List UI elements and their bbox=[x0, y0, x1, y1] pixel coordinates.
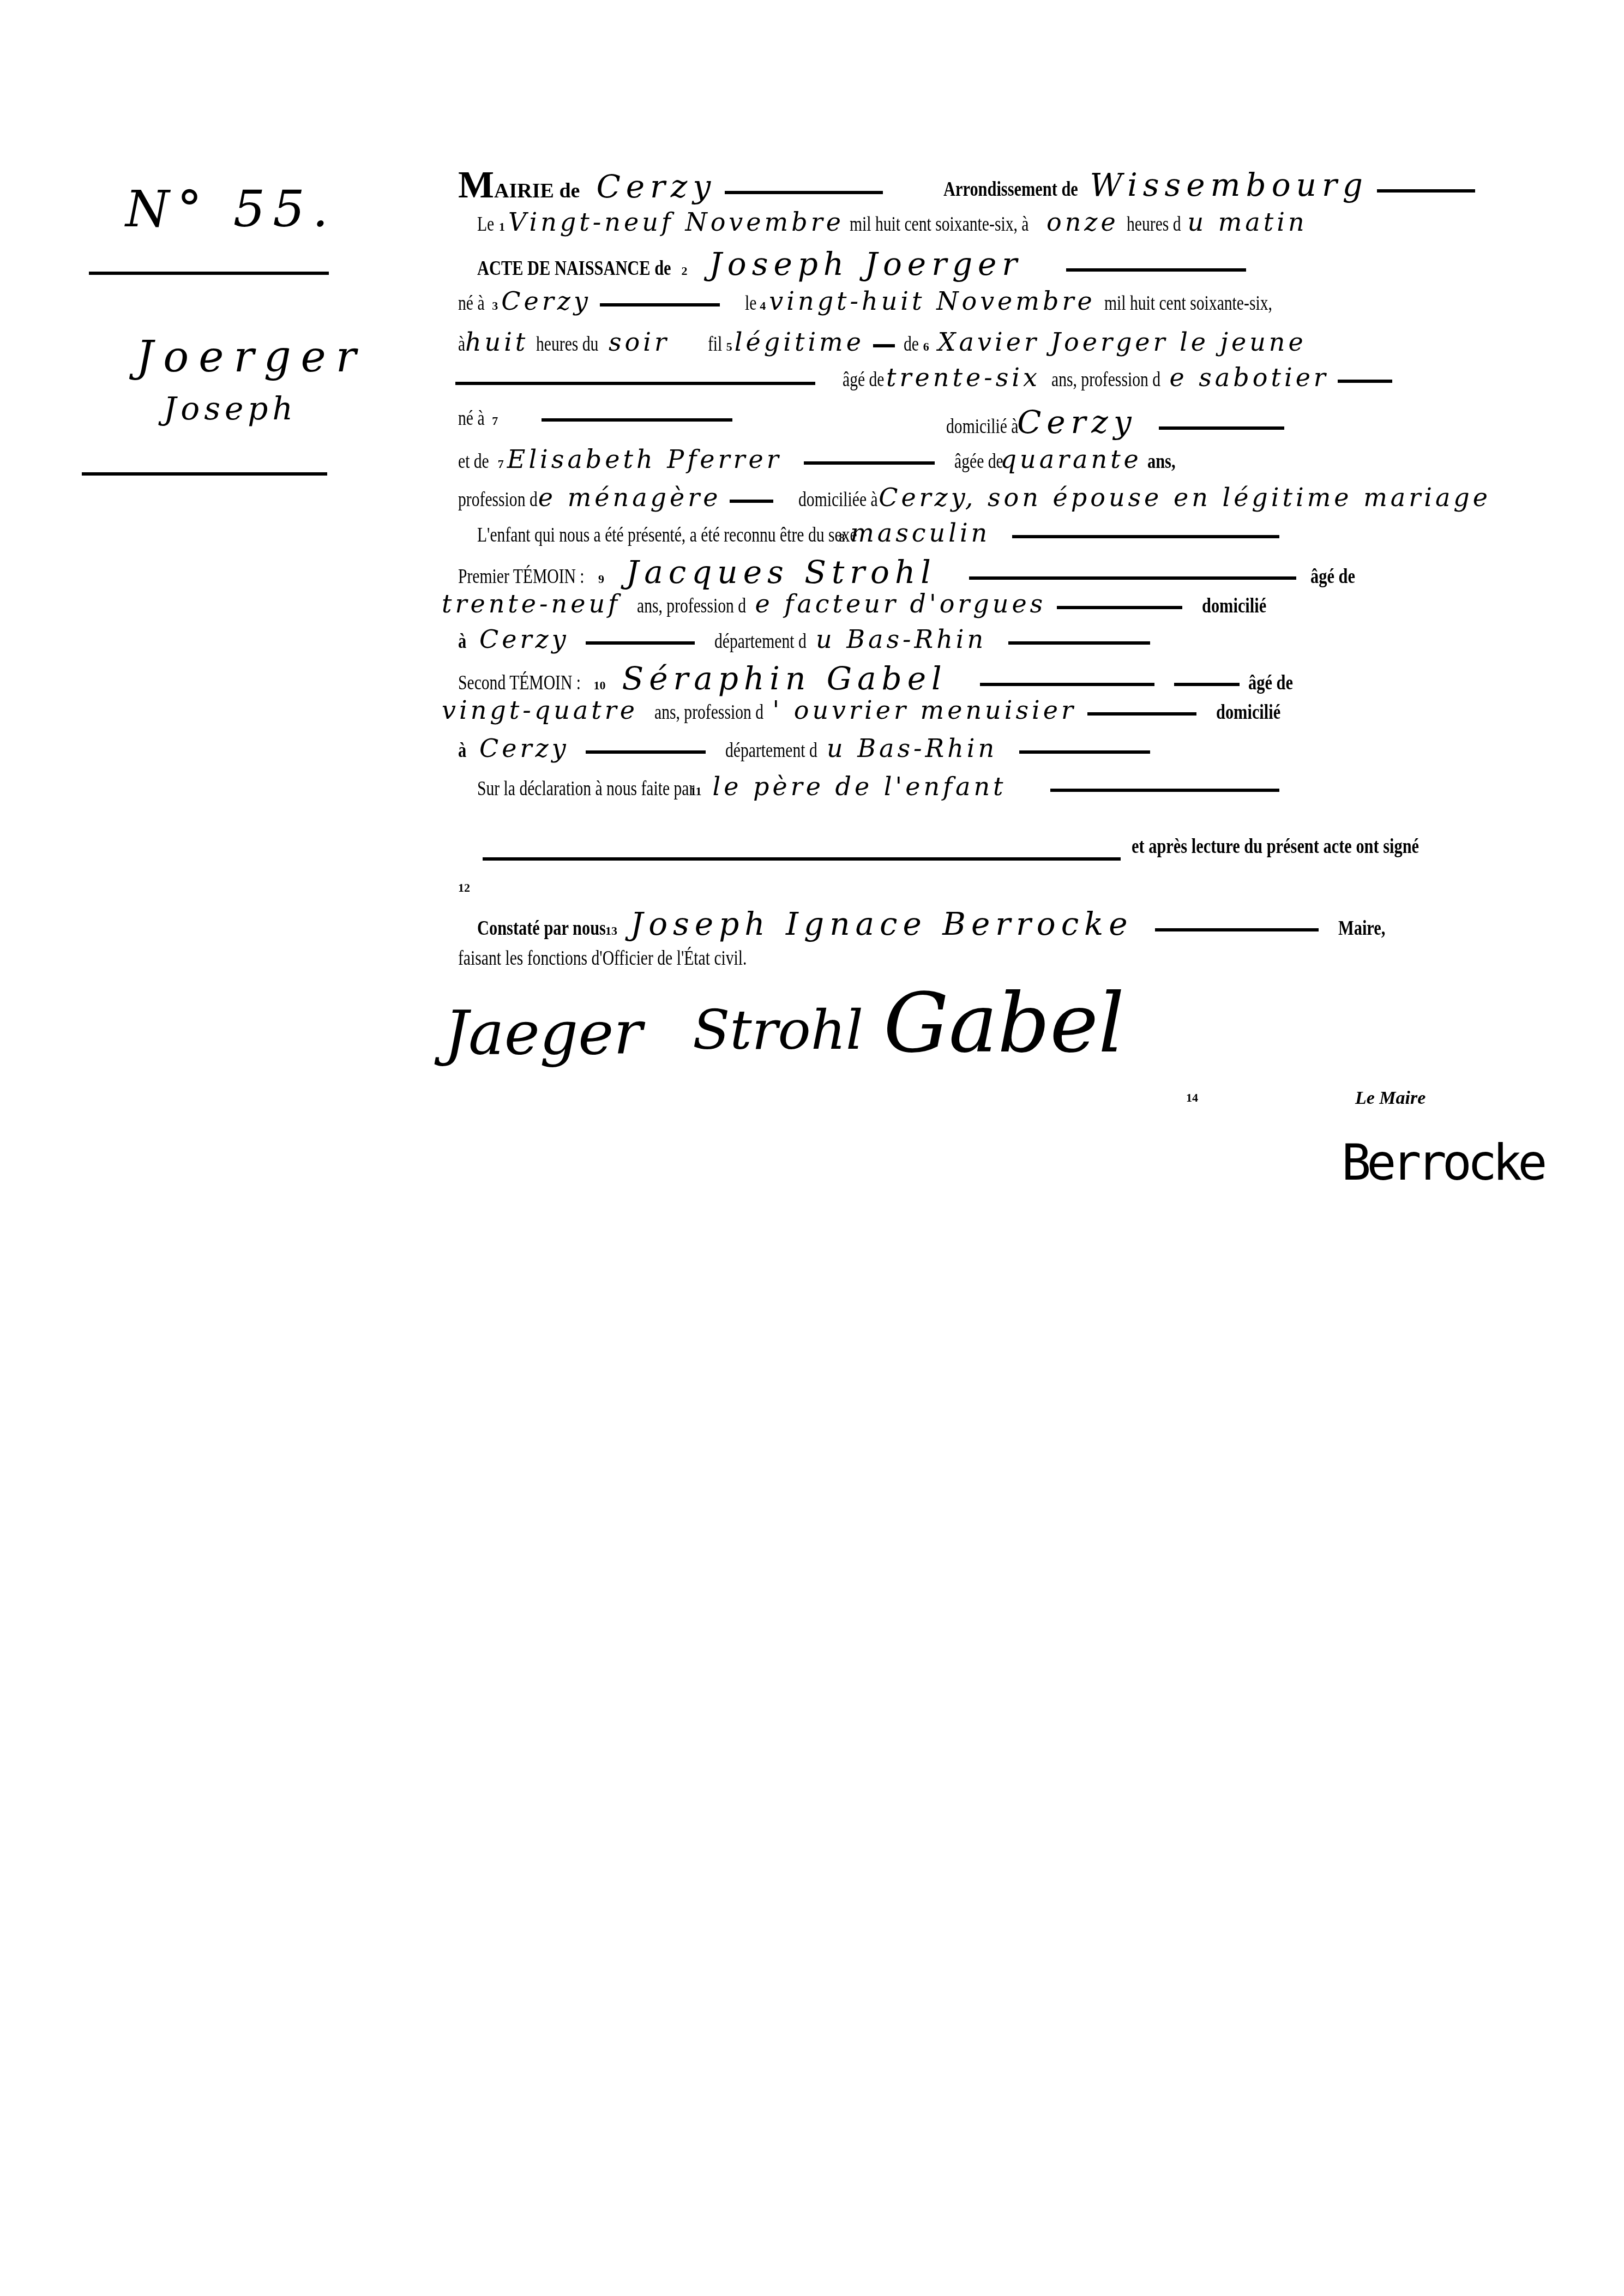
premier-temoin-label: Premier TÉMOIN : bbox=[458, 564, 585, 588]
father-name-value: Xavier Joerger le jeune bbox=[938, 327, 1307, 357]
le-maire-label: Le Maire bbox=[1355, 1088, 1425, 1109]
fils-label: fil bbox=[708, 332, 722, 356]
heures-label: heures d bbox=[1127, 212, 1181, 236]
birth-time-of-day-value: soir bbox=[609, 327, 670, 357]
a-label: à bbox=[458, 332, 465, 356]
arrondissement-label: Arrondissement de bbox=[943, 177, 1078, 201]
commune-value: Cerzy bbox=[596, 168, 716, 205]
fill-rule bbox=[586, 750, 706, 754]
fill-rule bbox=[1159, 426, 1284, 430]
margin-surname: Joerger bbox=[136, 333, 366, 382]
father-domicile-value: Cerzy bbox=[1017, 404, 1137, 441]
age-de-label: âgé de bbox=[1248, 671, 1293, 695]
row-father-age-profession: âgé de trente-six ans, profession d e sa… bbox=[843, 363, 1401, 392]
row-witness2-domicile: à Cerzy département d u Bas-Rhin bbox=[458, 734, 1159, 763]
row-father-domicile: domicilié à Cerzy bbox=[946, 404, 1293, 441]
enfant-label: L'enfant qui nous a été présenté, a été … bbox=[477, 523, 857, 547]
witness2-domicile-value: Cerzy bbox=[479, 734, 569, 763]
fill-rule bbox=[455, 382, 815, 385]
footnote-6: 6 bbox=[923, 340, 929, 354]
faisant-label: faisant les fonctions d'Officier de l'Ét… bbox=[458, 946, 747, 970]
agee-de-label: âgée de bbox=[954, 449, 1003, 473]
fill-rule bbox=[542, 418, 732, 422]
witness2-department-value: u Bas-Rhin bbox=[827, 734, 997, 763]
footnote-9: 9 bbox=[598, 572, 604, 586]
ne-a-label: né à bbox=[458, 406, 485, 430]
mairie-initial: M bbox=[458, 164, 494, 207]
footnote-13: 13 bbox=[605, 924, 617, 938]
footnote-7b: 7 bbox=[498, 457, 504, 471]
row-witness1-details: trente-neuf ans, profession d e facteur … bbox=[442, 589, 1283, 618]
ne-a-label: né à bbox=[458, 291, 485, 315]
child-name-value: Joseph Joerger bbox=[709, 245, 1022, 283]
registration-year-label: mil huit cent soixante-six, à bbox=[850, 212, 1028, 236]
row-mother-profession: profession d e ménagère domiciliée à Cer… bbox=[458, 483, 1491, 512]
footnote-10: 10 bbox=[594, 678, 606, 693]
fill-rule bbox=[1008, 641, 1150, 645]
fill-rule bbox=[1050, 789, 1279, 792]
officer-name-value: Joseph Ignace Berrocke bbox=[630, 905, 1133, 942]
age-de-label: âgé de bbox=[843, 368, 885, 392]
fill-rule bbox=[1019, 750, 1150, 754]
fill-rule bbox=[1155, 928, 1319, 931]
margin-given-name: Joseph bbox=[164, 390, 297, 427]
signature-witness3: Gabel bbox=[883, 976, 1124, 1071]
footnote-12: 12 bbox=[458, 881, 470, 895]
declaration-label: Sur la déclaration à nous faite par bbox=[477, 777, 694, 801]
row-apres-lecture: et après lecture du présent acte ont sig… bbox=[1132, 834, 1491, 858]
witness1-domicile-value: Cerzy bbox=[479, 624, 569, 654]
footnote-7: 7 bbox=[492, 414, 498, 428]
witness1-name-value: Jacques Strohl bbox=[626, 554, 936, 591]
mother-profession-value: e ménagère bbox=[538, 483, 721, 512]
registration-time-of-day-value: u matin bbox=[1187, 207, 1307, 237]
witness1-department-value: u Bas-Rhin bbox=[816, 624, 987, 654]
le-label: Le bbox=[477, 212, 494, 236]
footnote-2: 2 bbox=[681, 264, 687, 278]
footnote-5: 5 bbox=[726, 340, 732, 354]
domicilie-label: domicilié bbox=[1216, 700, 1280, 724]
fill-rule bbox=[969, 576, 1296, 580]
row-witness1: Premier TÉMOIN :9 Jacques Strohl âgé de bbox=[458, 554, 1366, 591]
fill-rule bbox=[730, 500, 773, 503]
row-arrondissement: Arrondissement de Wissembourg bbox=[943, 166, 1484, 203]
a-label: à bbox=[458, 738, 466, 762]
departement-label: département d bbox=[725, 738, 817, 762]
maire-label: Maire, bbox=[1338, 916, 1385, 940]
witness2-age-value: vingt-quatre bbox=[442, 695, 638, 725]
ans-profession-label: ans, profession d bbox=[637, 594, 746, 618]
mother-domicile-value: Cerzy, son épouse en légitime mariage bbox=[879, 483, 1491, 512]
margin-divider bbox=[89, 272, 329, 275]
heures-du-label: heures du bbox=[536, 332, 598, 356]
witness2-name-value: Séraphin Gabel bbox=[622, 660, 947, 697]
birth-place-value: Cerzy bbox=[501, 286, 591, 316]
row-constate: Constaté par nous13 Joseph Ignace Berroc… bbox=[477, 905, 1397, 942]
fill-rule bbox=[483, 857, 1121, 861]
mother-name-value: Elisabeth Pferrer bbox=[507, 444, 782, 474]
row-witness2-details: vingt-quatre ans, profession d ' ouvrier… bbox=[442, 695, 1297, 725]
domiciliee-label: domiciliée à bbox=[798, 488, 878, 512]
domicilie-label: domicilié bbox=[1202, 594, 1266, 618]
fill-rule bbox=[1012, 535, 1279, 538]
arrondissement-value: Wissembourg bbox=[1090, 166, 1368, 203]
footnote-3: 3 bbox=[492, 299, 498, 313]
ans-profession-label: ans, profession d bbox=[1051, 368, 1160, 392]
fill-rule bbox=[1377, 189, 1475, 193]
father-age-value: trente-six bbox=[886, 363, 1040, 392]
fill-rule bbox=[600, 303, 720, 306]
mairie-label: AIRIE de bbox=[494, 179, 580, 203]
legitimacy-value: légitime bbox=[735, 327, 864, 357]
fill-rule bbox=[1087, 712, 1196, 716]
birth-hour-value: huit bbox=[465, 327, 528, 357]
ans-label: ans, bbox=[1147, 449, 1176, 473]
et-de-label: et de bbox=[458, 449, 489, 473]
profession-label: profession d bbox=[458, 488, 538, 512]
birth-date-value: vingt-huit Novembre bbox=[769, 286, 1095, 316]
a-label: à bbox=[458, 629, 466, 653]
registration-hour-value: onze bbox=[1046, 207, 1119, 237]
fill-rule bbox=[1057, 606, 1182, 609]
domicilie-label: domicilié à bbox=[946, 414, 1019, 438]
father-profession-value: e sabotier bbox=[1169, 363, 1328, 392]
margin-entry-number: N° 55. bbox=[125, 180, 336, 238]
row-date: Le1 Vingt-neuf Novembre mil huit cent so… bbox=[477, 207, 1308, 237]
fill-rule bbox=[1066, 268, 1246, 272]
le-label: le bbox=[745, 291, 756, 315]
row-acte: ACTE DE NAISSANCE de2 Joseph Joerger bbox=[477, 245, 1255, 283]
acte-label: ACTE DE NAISSANCE de bbox=[477, 256, 671, 280]
departement-label: département d bbox=[714, 629, 807, 653]
fill-rule bbox=[1174, 683, 1240, 686]
fill-rule bbox=[586, 641, 695, 645]
ans-profession-label: ans, profession d bbox=[654, 700, 763, 724]
row-mother: et de7 Elisabeth Pferrer âgée de quarant… bbox=[458, 444, 1182, 474]
apres-lecture-label: et après lecture du présent acte ont sig… bbox=[1132, 834, 1419, 858]
signature-witness2: Strohl bbox=[693, 998, 863, 1062]
signature-witness1: Jaeger bbox=[444, 998, 642, 1068]
declarant-value: le père de l'enfant bbox=[712, 772, 1006, 801]
row-sex: L'enfant qui nous a été présenté, a été … bbox=[477, 518, 1288, 548]
age-de-label: âgé de bbox=[1310, 564, 1355, 588]
row-witness2: Second TÉMOIN :10 Séraphin Gabel âgé de bbox=[458, 660, 1304, 697]
footnote-4: 4 bbox=[760, 299, 766, 313]
footnote-14: 14 bbox=[1186, 1091, 1198, 1105]
margin-divider bbox=[82, 472, 327, 476]
row-mairie: MAIRIE de Cerzy bbox=[458, 164, 892, 207]
de-label: de bbox=[904, 332, 919, 356]
footnote-1: 1 bbox=[499, 220, 505, 234]
row-birth-place: né à3 Cerzy le4 vingt-huit Novembre mil … bbox=[458, 286, 1319, 316]
registration-date-value: Vingt-neuf Novembre bbox=[508, 207, 844, 237]
birth-certificate-page: N° 55. Joerger Joseph MAIRIE de Cerzy Ar… bbox=[0, 0, 1624, 2296]
witness1-age-value: trente-neuf bbox=[442, 589, 621, 618]
fill-rule bbox=[873, 344, 895, 347]
row-faisant: faisant les fonctions d'Officier de l'Ét… bbox=[458, 946, 828, 970]
birth-year-label: mil huit cent soixante-six, bbox=[1104, 291, 1272, 315]
mother-age-value: quarante bbox=[1001, 444, 1142, 474]
fill-rule bbox=[980, 683, 1154, 686]
witness1-profession-value: e facteur d'orgues bbox=[755, 589, 1046, 618]
fill-rule bbox=[725, 191, 883, 194]
fill-rule bbox=[804, 461, 935, 465]
row-declaration: Sur la déclaration à nous faite par11 le… bbox=[477, 772, 1288, 801]
sex-value: masculin bbox=[850, 518, 990, 548]
row-witness1-domicile: à Cerzy département d u Bas-Rhin bbox=[458, 624, 1159, 654]
second-temoin-label: Second TÉMOIN : bbox=[458, 671, 581, 695]
row-father-birthplace-domicile: né à7 bbox=[458, 406, 741, 430]
row-birth-time-parents: à huit heures du soir fil5 légitime de6 … bbox=[458, 327, 1307, 357]
witness2-profession-value: ' ouvrier menuisier bbox=[772, 695, 1076, 725]
signature-mayor: Berrocke bbox=[1342, 1134, 1543, 1192]
fill-rule bbox=[1338, 380, 1392, 383]
constate-label: Constaté par nous bbox=[477, 916, 606, 940]
